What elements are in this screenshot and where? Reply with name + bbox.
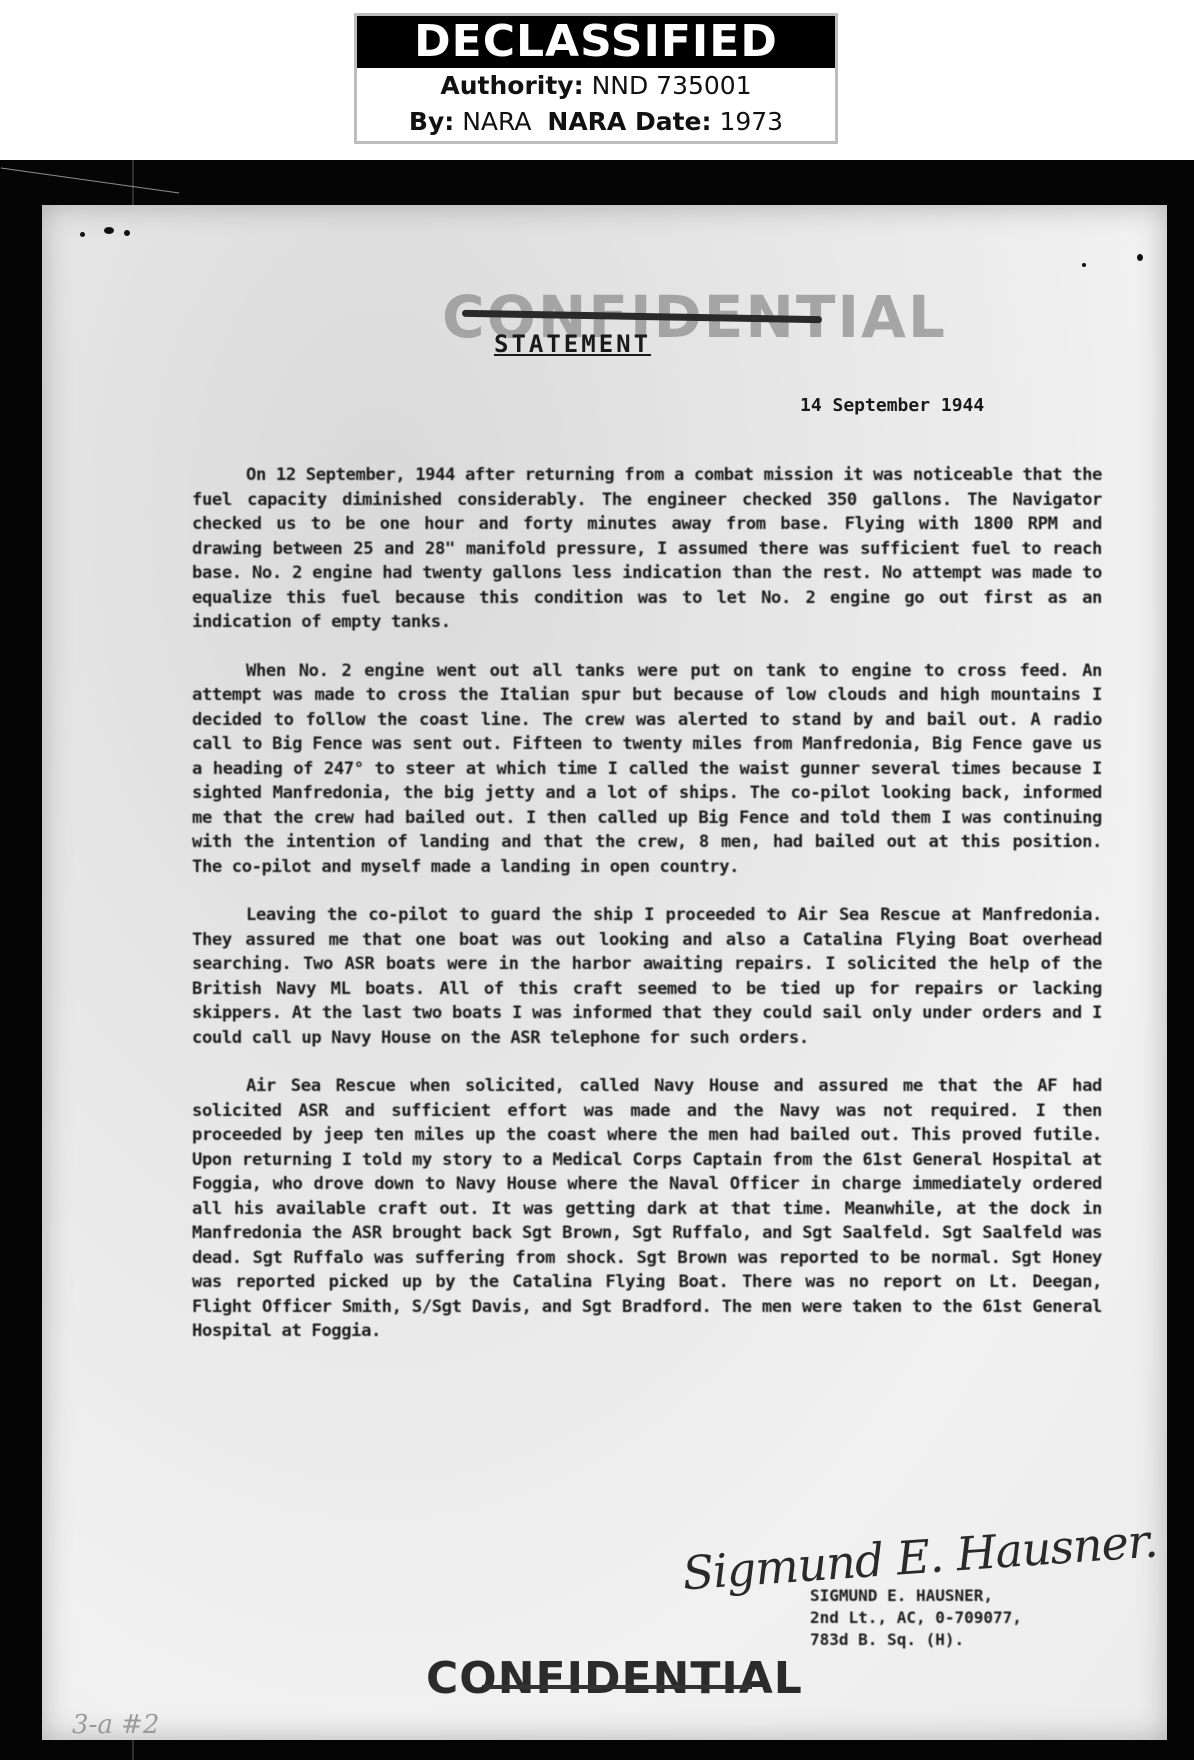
signer-rank: 2nd Lt., AC, 0-709077, <box>810 1607 1022 1629</box>
stamp-date-label: NARA Date: <box>547 107 711 136</box>
stamp-authority-label: Authority: <box>440 71 583 100</box>
classification-stamp-bottom: CONFIDENTIAL <box>426 1653 803 1704</box>
strikethrough-line <box>482 1685 752 1689</box>
paragraph: Air Sea Rescue when solicited, called Na… <box>192 1074 1102 1344</box>
signer-name: SIGMUND E. HAUSNER, <box>810 1585 1022 1607</box>
dust-speck <box>1082 263 1086 267</box>
stamp-title: DECLASSIFIED <box>357 16 835 68</box>
stamp-by-label: By: <box>409 107 454 136</box>
document-page: CONFIDENTIAL STATEMENT 14 September 1944… <box>42 205 1167 1740</box>
document-date: 14 September 1944 <box>800 395 984 416</box>
document-title: STATEMENT <box>494 330 651 358</box>
stamp-authority: Authority: NND 735001 <box>357 68 835 104</box>
stamp-by-value: NARA <box>462 107 531 136</box>
paragraph: Leaving the co-pilot to guard the ship I… <box>192 903 1102 1050</box>
dust-speck <box>104 227 114 234</box>
declassified-stamp: DECLASSIFIED Authority: NND 735001 By: N… <box>354 13 838 144</box>
signer-unit: 783d B. Sq. (H). <box>810 1629 1022 1651</box>
paragraph: When No. 2 engine went out all tanks wer… <box>192 659 1102 880</box>
stamp-date-value: 1973 <box>719 107 783 136</box>
scan-frame: CONFIDENTIAL STATEMENT 14 September 1944… <box>0 160 1194 1760</box>
document-body: On 12 September, 1944 after returning fr… <box>192 463 1102 1368</box>
paragraph: On 12 September, 1944 after returning fr… <box>192 463 1102 635</box>
dust-speck <box>80 232 85 237</box>
scratch-mark <box>1 167 179 193</box>
dust-speck <box>124 230 130 236</box>
signature-block: SIGMUND E. HAUSNER, 2nd Lt., AC, 0-70907… <box>810 1585 1022 1651</box>
stamp-by-date: By: NARA NARA Date: 1973 <box>357 104 835 140</box>
stamp-authority-value: NND 735001 <box>592 71 752 100</box>
handwritten-note: 3-a #2 <box>72 1710 159 1740</box>
dust-speck <box>1137 254 1143 261</box>
